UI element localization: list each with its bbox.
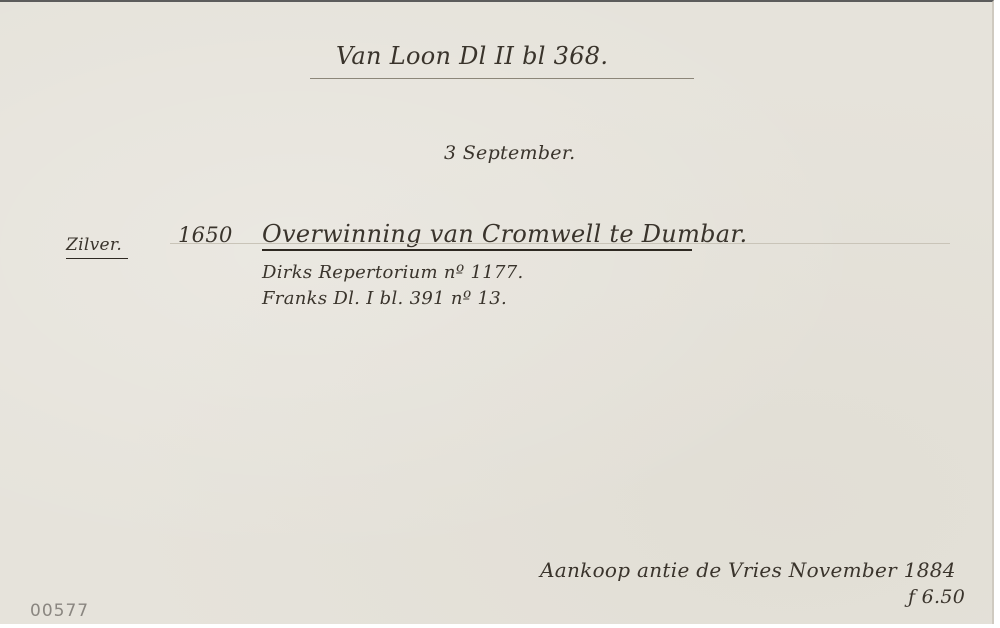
reference-dirks: Dirks Repertorium nº 1177. [262,262,524,283]
acquisition-note: Aankoop antie de Vries November 1884 [540,558,956,582]
category-underline [66,258,128,259]
source-reference: Van Loon Dl II bl 368. [336,42,608,70]
acquisition-price: ƒ 6.50 [908,586,965,608]
category-label: Zilver. [66,235,122,255]
archive-card: Van Loon Dl II bl 368. 3 September. Zilv… [0,0,994,624]
entry-baseline-rule [170,243,950,244]
reference-franks: Franks Dl. I bl. 391 nº 13. [262,288,507,309]
inventory-number: 00577 [30,601,89,621]
entry-title-underline [262,249,692,251]
date-label: 3 September. [444,142,576,164]
header-rule [310,78,694,79]
